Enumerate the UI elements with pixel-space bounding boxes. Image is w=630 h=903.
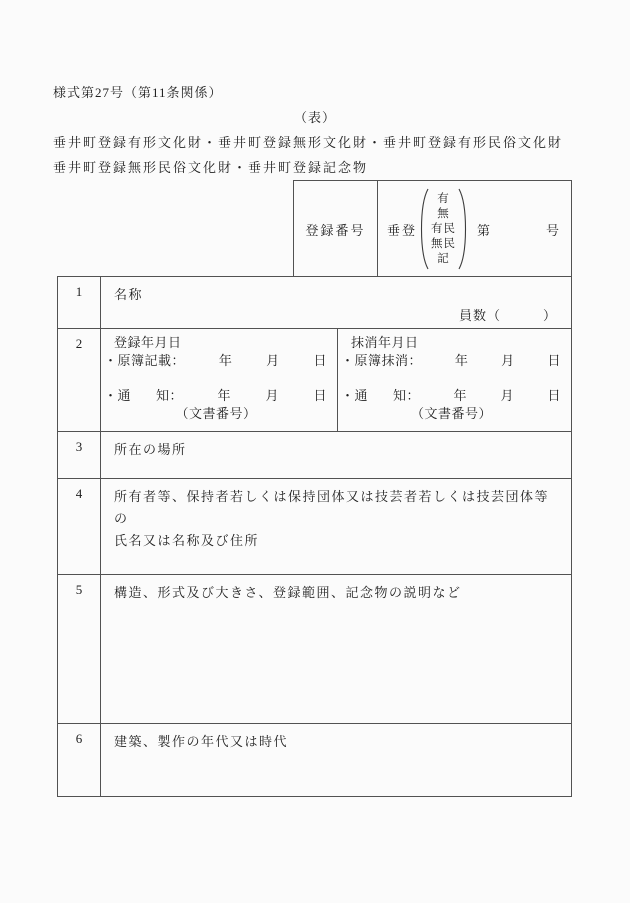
owner-label-line1: 所有者等、保持者若しくは保持団体又は技芸者若しくは技芸団体等の <box>114 486 561 530</box>
category-option: 有民 <box>431 222 456 237</box>
row-number: 5 <box>58 575 101 723</box>
notice-label: ・通 知： <box>341 387 420 405</box>
row-number: 2 <box>58 329 101 431</box>
year-label: 年 <box>219 352 233 370</box>
notice-label: ・通 知： <box>104 387 183 405</box>
owner-label-line2: 氏名又は名称及び住所 <box>114 530 561 552</box>
registration-date-header: 登録年月日 <box>102 334 330 352</box>
category-option: 有 <box>437 192 450 207</box>
table-row-era: 6 建築、製作の年代又は時代 <box>58 723 571 796</box>
day-label: 日 <box>313 387 327 405</box>
day-label: 日 <box>547 352 561 370</box>
year-label: 年 <box>218 387 232 405</box>
number-go-label: 号 <box>546 220 559 239</box>
day-label: 日 <box>313 352 327 370</box>
month-label: 月 <box>266 352 280 370</box>
row-number: 6 <box>58 724 101 796</box>
category-options: 有 無 有民 無民 記 <box>431 192 456 267</box>
category-option: 記 <box>437 252 450 267</box>
year-label: 年 <box>454 387 468 405</box>
era-label: 建築、製作の年代又は時代 <box>114 734 288 749</box>
registration-number-value-area: 垂登 有 無 有民 無民 記 第 号 <box>378 181 571 277</box>
registration-date-section: 登録年月日 ・原簿記載： 年 月 日 ・通 知： 年 月 日 <box>101 329 338 431</box>
registration-number-label: 登録番号 <box>294 181 378 277</box>
member-count-close: ） <box>543 305 557 324</box>
paren-left-glyph <box>420 187 429 271</box>
location-label: 所在の場所 <box>114 442 187 457</box>
cancellation-date-header: 抹消年月日 <box>339 334 564 352</box>
dates-cell: 登録年月日 ・原簿記載： 年 月 日 ・通 知： 年 月 日 <box>101 329 571 431</box>
table-row-owner: 4 所有者等、保持者若しくは保持団体又は技芸者若しくは技芸団体等の 氏名又は名称… <box>58 478 571 574</box>
notice-date-line: ・通 知： 年 月 日 <box>339 387 564 405</box>
month-label: 月 <box>501 352 515 370</box>
form-title-line2: 垂井町登録無形民俗文化財・垂井町登録記念物 <box>53 157 368 176</box>
table-row-dates: 2 登録年月日 ・原簿記載： 年 月 日 ・通 知： 年 月 <box>58 328 571 431</box>
table-row-structure: 5 構造、形式及び大きさ、登録範囲、記念物の説明など <box>58 574 571 723</box>
structure-label: 構造、形式及び大きさ、登録範囲、記念物の説明など <box>114 585 461 600</box>
category-options-group: 有 無 有民 無民 記 <box>420 187 467 271</box>
member-count-field: 員数（ ） <box>459 305 557 324</box>
category-option: 無民 <box>431 237 456 252</box>
registration-ledger-table: 1 名称 員数（ ） 2 登録年月日 ・原簿記載： 年 月 日 <box>57 276 572 797</box>
structure-cell: 構造、形式及び大きさ、登録範囲、記念物の説明など <box>101 575 571 723</box>
document-number-label: （文書番号） <box>102 405 330 422</box>
row-number: 1 <box>58 277 101 328</box>
register-entry-label: ・原簿記載： <box>104 352 185 370</box>
row-number: 4 <box>58 479 101 574</box>
month-label: 月 <box>500 387 514 405</box>
era-cell: 建築、製作の年代又は時代 <box>101 724 571 796</box>
owner-cell: 所有者等、保持者若しくは保持団体又は技芸者若しくは技芸団体等の 氏名又は名称及び… <box>101 479 571 574</box>
notice-date-line: ・通 知： 年 月 日 <box>102 387 330 405</box>
form-number: 様式第27号（第11条関係） <box>53 82 223 101</box>
row-number: 3 <box>58 432 101 478</box>
number-dai-label: 第 <box>477 220 490 239</box>
name-cell: 名称 員数（ ） <box>101 277 571 328</box>
register-entry-date-line: ・原簿記載： 年 月 日 <box>102 352 330 370</box>
paren-right-glyph <box>458 187 467 271</box>
month-label: 月 <box>265 387 279 405</box>
member-count-open: 員数（ <box>459 305 501 324</box>
document-number-label: （文書番号） <box>339 405 564 422</box>
register-cancel-date-line: ・原簿抹消： 年 月 日 <box>339 352 564 370</box>
year-label: 年 <box>455 352 469 370</box>
form-title-line1: 垂井町登録有形文化財・垂井町登録無形文化財・垂井町登録有形民俗文化財 <box>53 132 563 151</box>
location-cell: 所在の場所 <box>101 432 571 478</box>
register-cancel-label: ・原簿抹消： <box>341 352 422 370</box>
category-option: 無 <box>437 207 450 222</box>
cancellation-date-section: 抹消年月日 ・原簿抹消： 年 月 日 ・通 知： 年 月 日 <box>338 329 571 431</box>
table-row-location: 3 所在の場所 <box>58 431 571 478</box>
table-row-name: 1 名称 員数（ ） <box>58 277 571 328</box>
registration-prefix: 垂登 <box>387 220 417 239</box>
registration-number-box: 登録番号 垂登 有 無 有民 無民 記 第 号 <box>293 180 572 277</box>
day-label: 日 <box>547 387 561 405</box>
name-label: 名称 <box>114 287 143 302</box>
front-side-label: （表） <box>0 107 630 126</box>
